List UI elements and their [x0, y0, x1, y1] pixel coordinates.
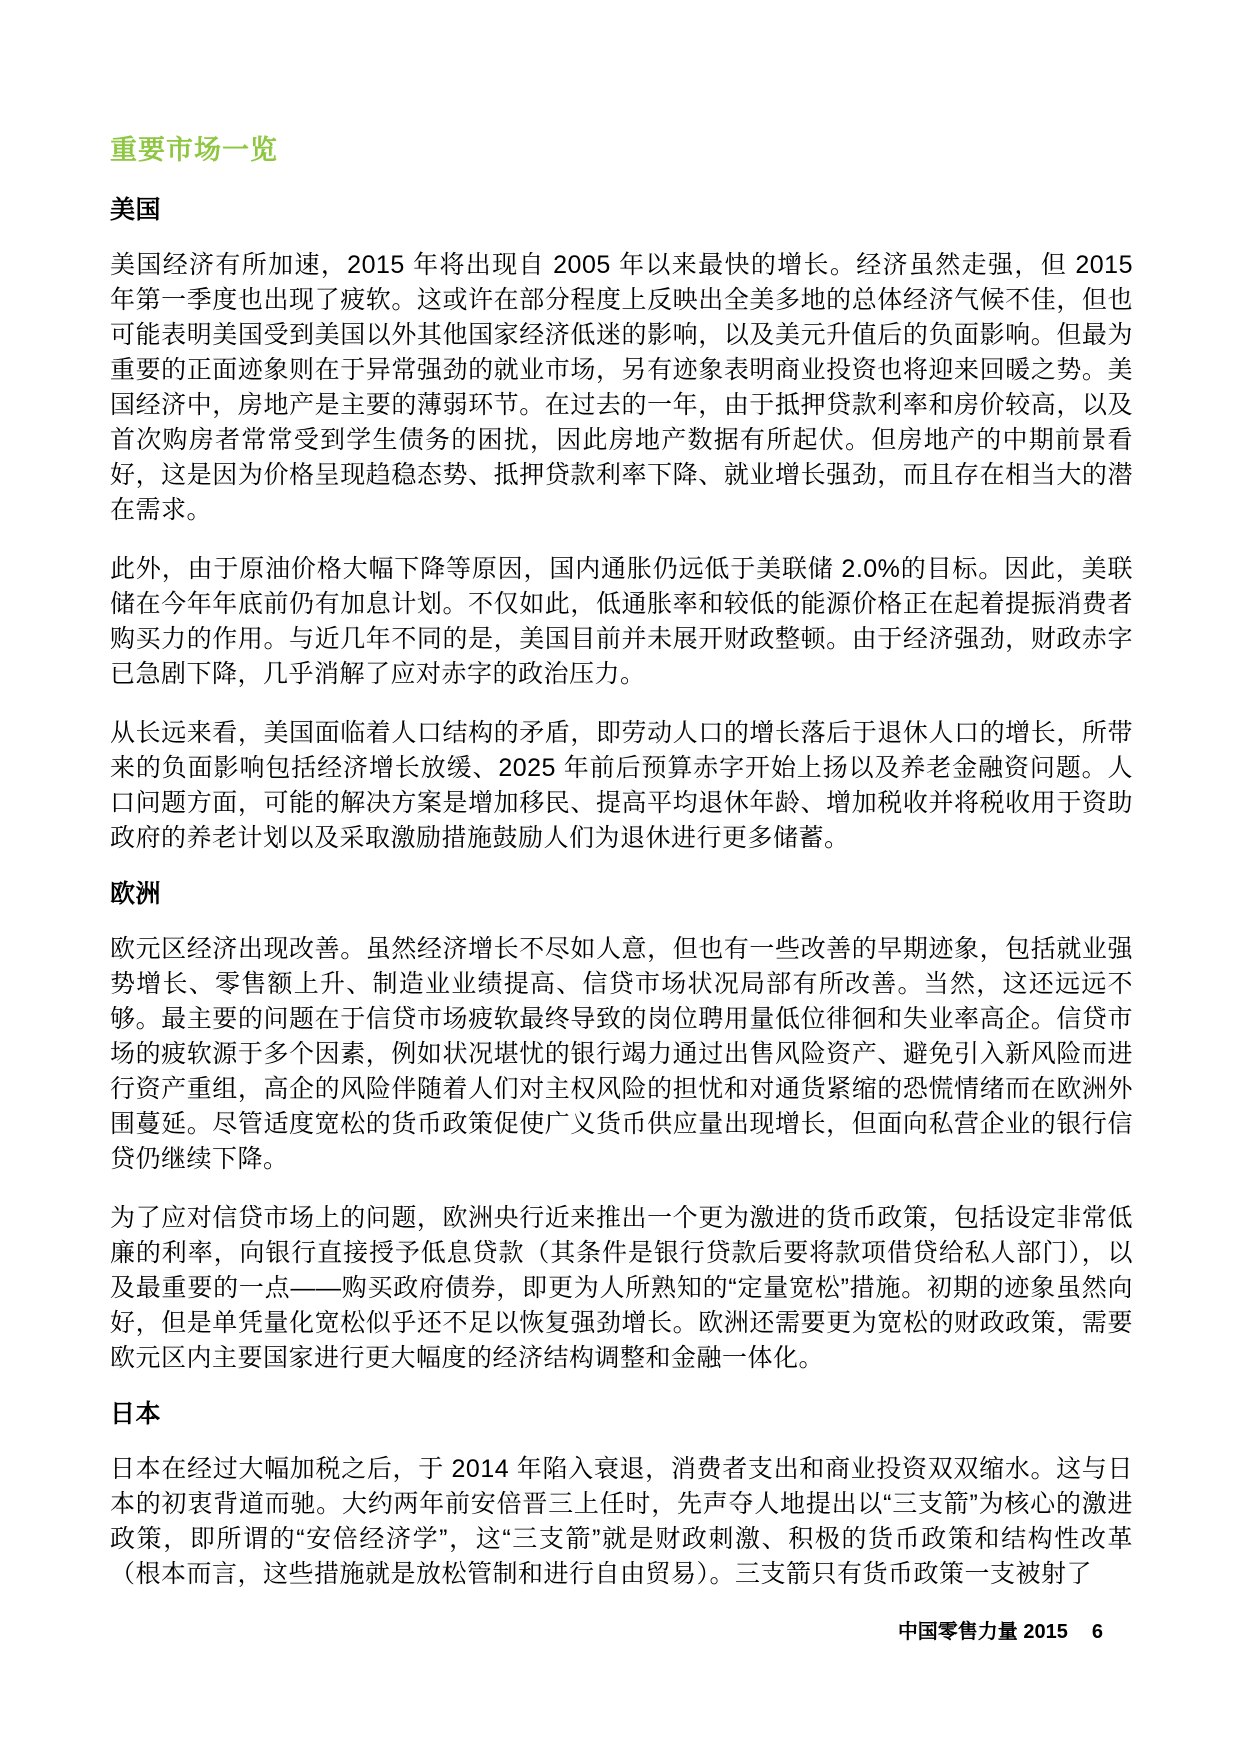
document-page: 重要市场一览 美国 美国经济有所加速，2015 年将出现自 2005 年以来最快…	[0, 0, 1240, 1754]
page-footer: 中国零售力量 20156	[898, 1620, 1103, 1644]
heading-united-states: 美国	[110, 196, 1133, 224]
heading-japan: 日本	[110, 1400, 1133, 1428]
heading-europe: 欧洲	[110, 880, 1133, 908]
section-united-states: 美国 美国经济有所加速，2015 年将出现自 2005 年以来最快的增长。经济虽…	[110, 196, 1133, 856]
paragraph-us-1: 美国经济有所加速，2015 年将出现自 2005 年以来最快的增长。经济虽然走强…	[110, 248, 1133, 528]
paragraph-japan-1: 日本在经过大幅加税之后，于 2014 年陷入衰退，消费者支出和商业投资双双缩水。…	[110, 1452, 1133, 1592]
footer-doc-title: 中国零售力量 2015	[898, 1621, 1068, 1643]
paragraph-europe-2: 为了应对信贷市场上的问题，欧洲央行近来推出一个更为激进的货币政策，包括设定非常低…	[110, 1201, 1133, 1376]
paragraph-us-3: 从长远来看，美国面临着人口结构的矛盾，即劳动人口的增长落后于退休人口的增长，所带…	[110, 716, 1133, 856]
paragraph-europe-1: 欧元区经济出现改善。虽然经济增长不尽如人意，但也有一些改善的早期迹象，包括就业强…	[110, 932, 1133, 1177]
section-europe: 欧洲 欧元区经济出现改善。虽然经济增长不尽如人意，但也有一些改善的早期迹象，包括…	[110, 880, 1133, 1376]
footer-page-number: 6	[1092, 1621, 1103, 1643]
paragraph-us-2: 此外，由于原油价格大幅下降等原因，国内通胀仍远低于美联储 2.0%的目标。因此，…	[110, 552, 1133, 692]
section-japan: 日本 日本在经过大幅加税之后，于 2014 年陷入衰退，消费者支出和商业投资双双…	[110, 1400, 1133, 1592]
page-title: 重要市场一览	[110, 134, 1133, 166]
